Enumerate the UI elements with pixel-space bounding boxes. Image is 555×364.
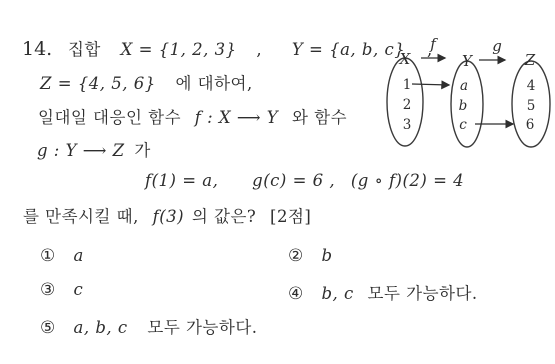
choice-1: ① a — [40, 246, 84, 266]
choice-2: ② b — [288, 246, 333, 266]
choice-1-value: a — [74, 246, 84, 265]
set-z-label: Z — [524, 51, 536, 69]
element-a: a — [460, 78, 468, 94]
choice-2-marker: ② — [288, 246, 304, 266]
mapping-arrow-1-to-a — [412, 84, 449, 85]
question-text-tail: 의 값은? — [192, 207, 256, 226]
element-b: b — [459, 98, 468, 114]
choice-5-value: a, b, c — [74, 318, 128, 337]
choice-2-value: b — [322, 246, 333, 265]
set-y-label: Y — [462, 52, 474, 70]
statement-line-1: 14. 집합 X = {1, 2, 3} , Y = {a, b, c} , — [22, 36, 433, 60]
function-f-mapping: f : X ⟶ Y — [195, 108, 278, 127]
choice-5-marker: ⑤ — [40, 318, 56, 338]
element-4: 4 — [527, 78, 536, 94]
choice-3: ③ c — [40, 280, 83, 300]
statement-line-4: g : Y ⟶ Z 가 — [37, 137, 151, 161]
choice-3-marker: ③ — [40, 280, 56, 300]
choice-4-text: 모두 가능하다. — [368, 284, 478, 303]
choice-4-value: b, c — [322, 284, 354, 303]
comma: , — [256, 40, 262, 59]
element-3: 3 — [403, 117, 412, 133]
condition-gc: g(c) = 6 , — [252, 171, 335, 190]
question-text-lead: 를 만족시킬 때, — [23, 207, 139, 226]
statement-word-set: 집합 — [68, 40, 101, 59]
choice-5-text: 모두 가능하다. — [147, 318, 257, 337]
points-badge: [2점] — [270, 207, 311, 226]
statement-line-2: Z = {4, 5, 6} 에 대하여, — [40, 70, 253, 94]
set-x-definition: X = {1, 2, 3} — [121, 40, 237, 59]
element-2: 2 — [403, 97, 412, 113]
condition-f1: f(1) = a, — [145, 171, 218, 190]
choice-3-value: c — [74, 280, 84, 299]
element-5: 5 — [527, 98, 536, 114]
choice-4-marker: ④ — [288, 284, 304, 304]
statement-text: 일대일 대응인 함수 — [38, 108, 181, 127]
element-6: 6 — [526, 117, 535, 133]
element-1: 1 — [403, 77, 412, 93]
statement-text: 에 대하여, — [176, 74, 253, 93]
statement-text: 가 — [134, 141, 150, 160]
element-c: c — [459, 117, 467, 133]
function-mapping-diagram: X Y Z f g 1 2 3 a b c 4 5 6 — [383, 28, 555, 156]
set-x-label: X — [399, 50, 412, 68]
function-f-label: f — [429, 35, 438, 53]
statement-text: 와 함수 — [292, 108, 347, 127]
question-math-f3: f(3) — [153, 207, 184, 226]
set-z-definition: Z = {4, 5, 6} — [40, 74, 156, 93]
function-g-mapping: g : Y ⟶ Z — [37, 141, 125, 160]
conditions-line: f(1) = a, g(c) = 6 , (g ∘ f)(2) = 4 — [145, 171, 464, 190]
function-g-label: g — [492, 37, 502, 55]
statement-line-3: 일대일 대응인 함수 f : X ⟶ Y 와 함수 — [38, 104, 347, 128]
choice-5: ⑤ a, b, c 모두 가능하다. — [40, 314, 258, 338]
exam-question-page: 14. 집합 X = {1, 2, 3} , Y = {a, b, c} , Z… — [0, 0, 555, 364]
choice-4: ④ b, c 모두 가능하다. — [288, 280, 478, 304]
choice-1-marker: ① — [40, 246, 56, 266]
condition-gof: (g ∘ f)(2) = 4 — [351, 171, 464, 190]
question-line: 를 만족시킬 때, f(3) 의 값은? [2점] — [23, 203, 311, 227]
question-number: 14. — [22, 38, 52, 60]
